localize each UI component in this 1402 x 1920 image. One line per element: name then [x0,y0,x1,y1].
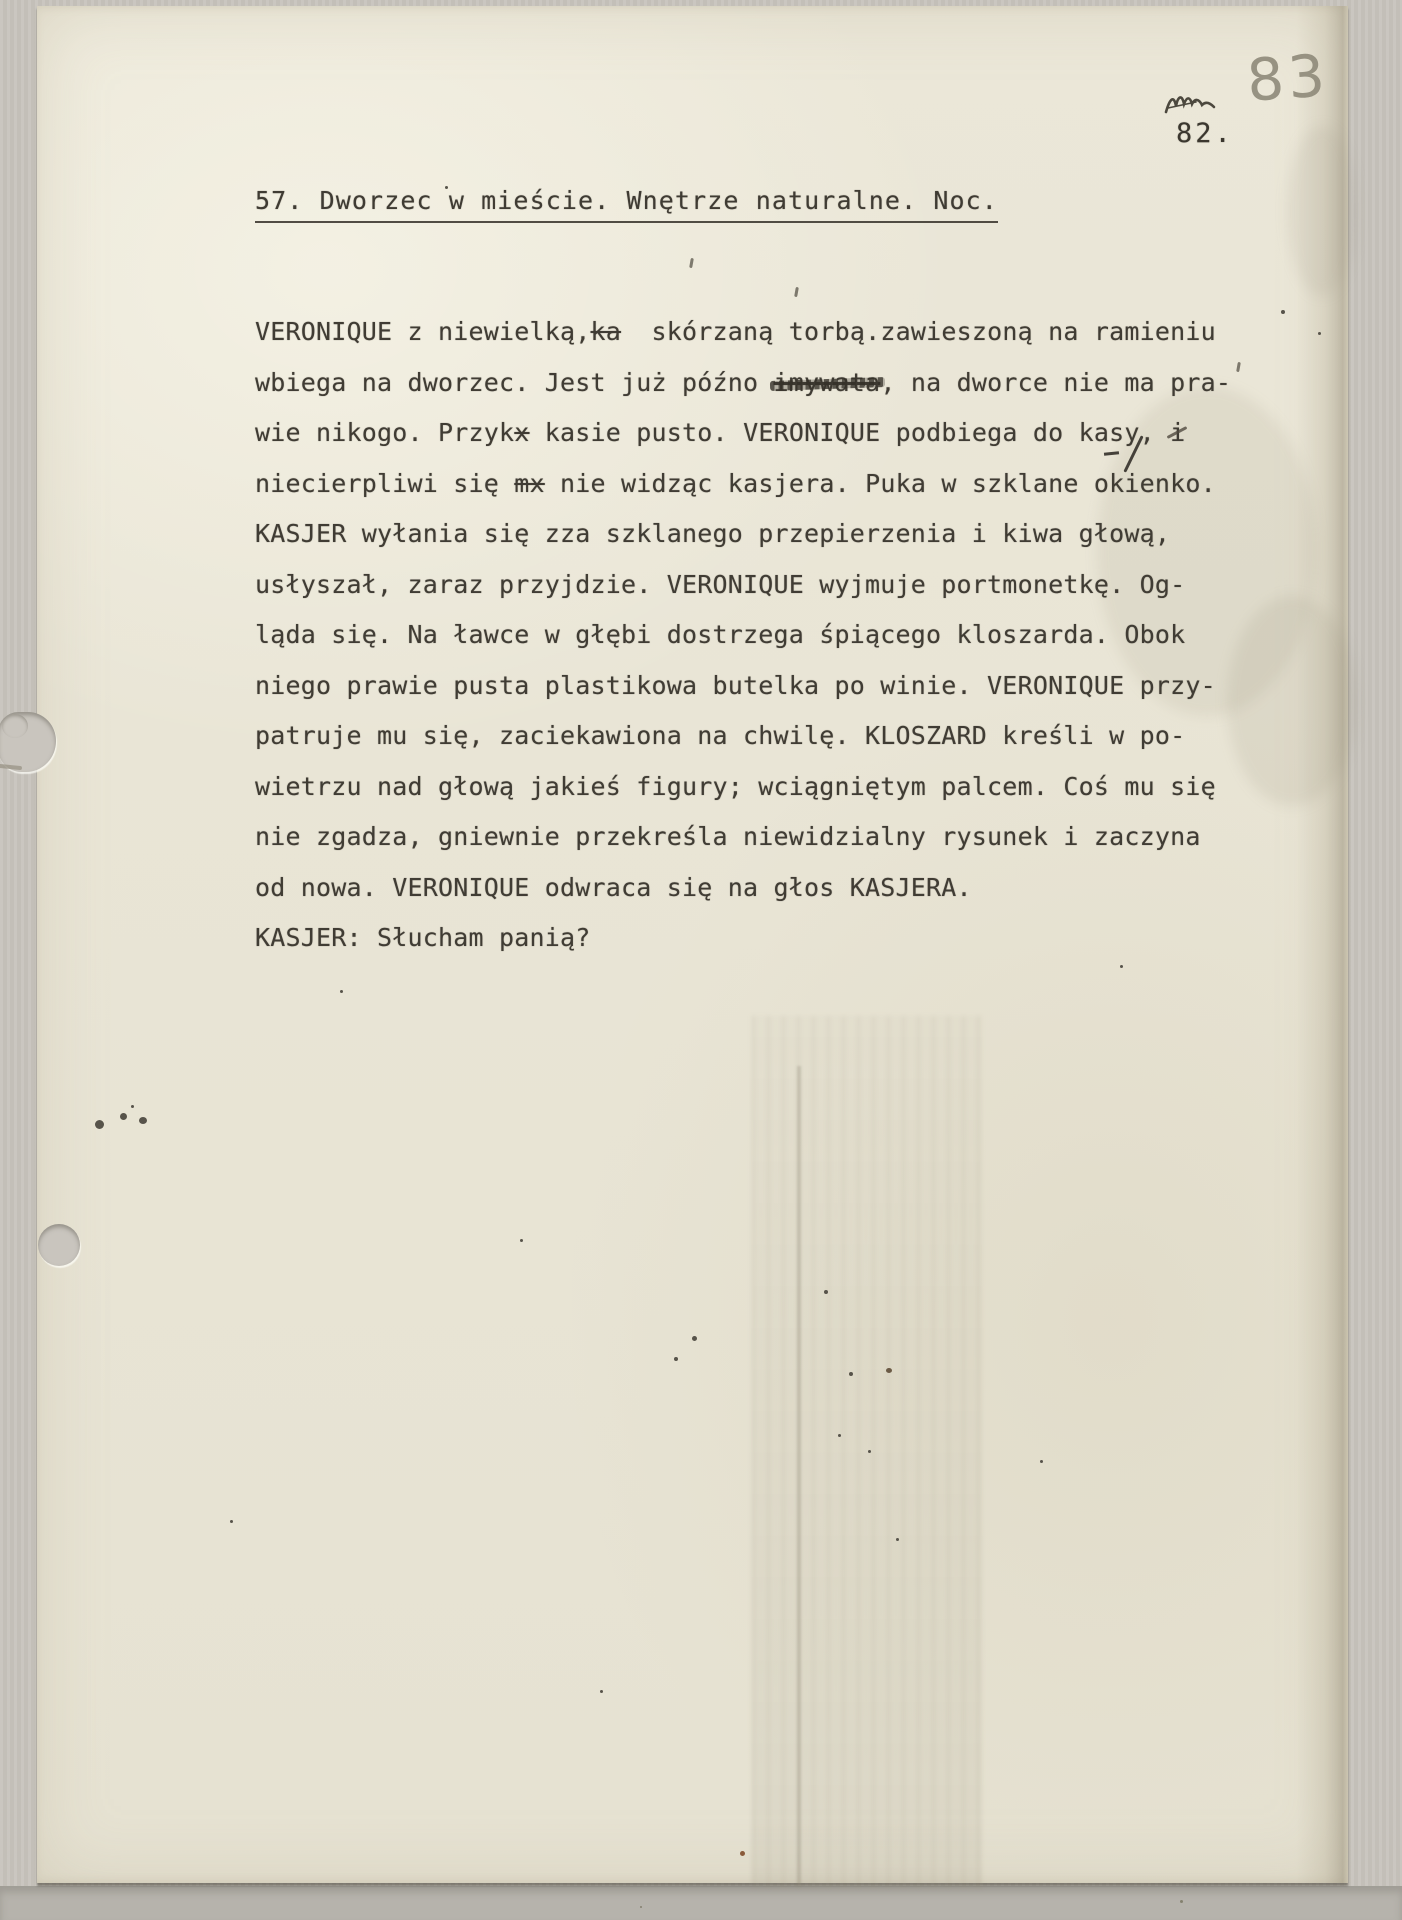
typed-page-number: 82. [1176,118,1234,149]
script-line: wie nikogo. Przykx kasie pusto. VERONIQU… [255,408,1231,459]
script-line: nie zgadza, gniewnie przekreśla niewidzi… [255,812,1231,863]
handwritten-scribble-icon [1162,86,1224,122]
script-line: patruje mu się, zaciekawiona na chwilę. … [255,711,1231,762]
script-line: VERONIQUE z niewielką,ka skórzaną torbą.… [255,307,1231,358]
script-line: KASJER wyłania się zza szklanego przepie… [255,509,1231,560]
script-line: niecierpliwi się mx nie widząc kasjera. … [255,459,1231,510]
punch-hole [38,1224,80,1266]
script-line: od nowa. VERONIQUE odwraca się na głos K… [255,863,1231,914]
script-line: usłyszał, zaraz przyjdzie. VERONIQUE wyj… [255,560,1231,611]
script-body: VERONIQUE z niewielką,ka skórzaną torbą.… [255,307,1231,964]
script-line: ląda się. Na ławce w głębi dostrzega śpi… [255,610,1231,661]
pencil-page-number: 83 [1245,41,1331,115]
scene-heading: 57. Dworzec w mieście. Wnętrze naturalne… [255,186,998,223]
script-line: wietrzu nad głową jakieś figury; wciągni… [255,762,1231,813]
scanned-document-page: 83 82. 57. Dworzec w mieście. Wnętrze na… [0,0,1402,1920]
script-line: wbiega na dworzec. Jest już późno imywat… [255,358,1231,409]
scanner-background-bottom [0,1886,1402,1920]
script-line: KASJER: Słucham panią? [255,913,1231,964]
script-line: niego prawie pusta plastikowa butelka po… [255,661,1231,712]
